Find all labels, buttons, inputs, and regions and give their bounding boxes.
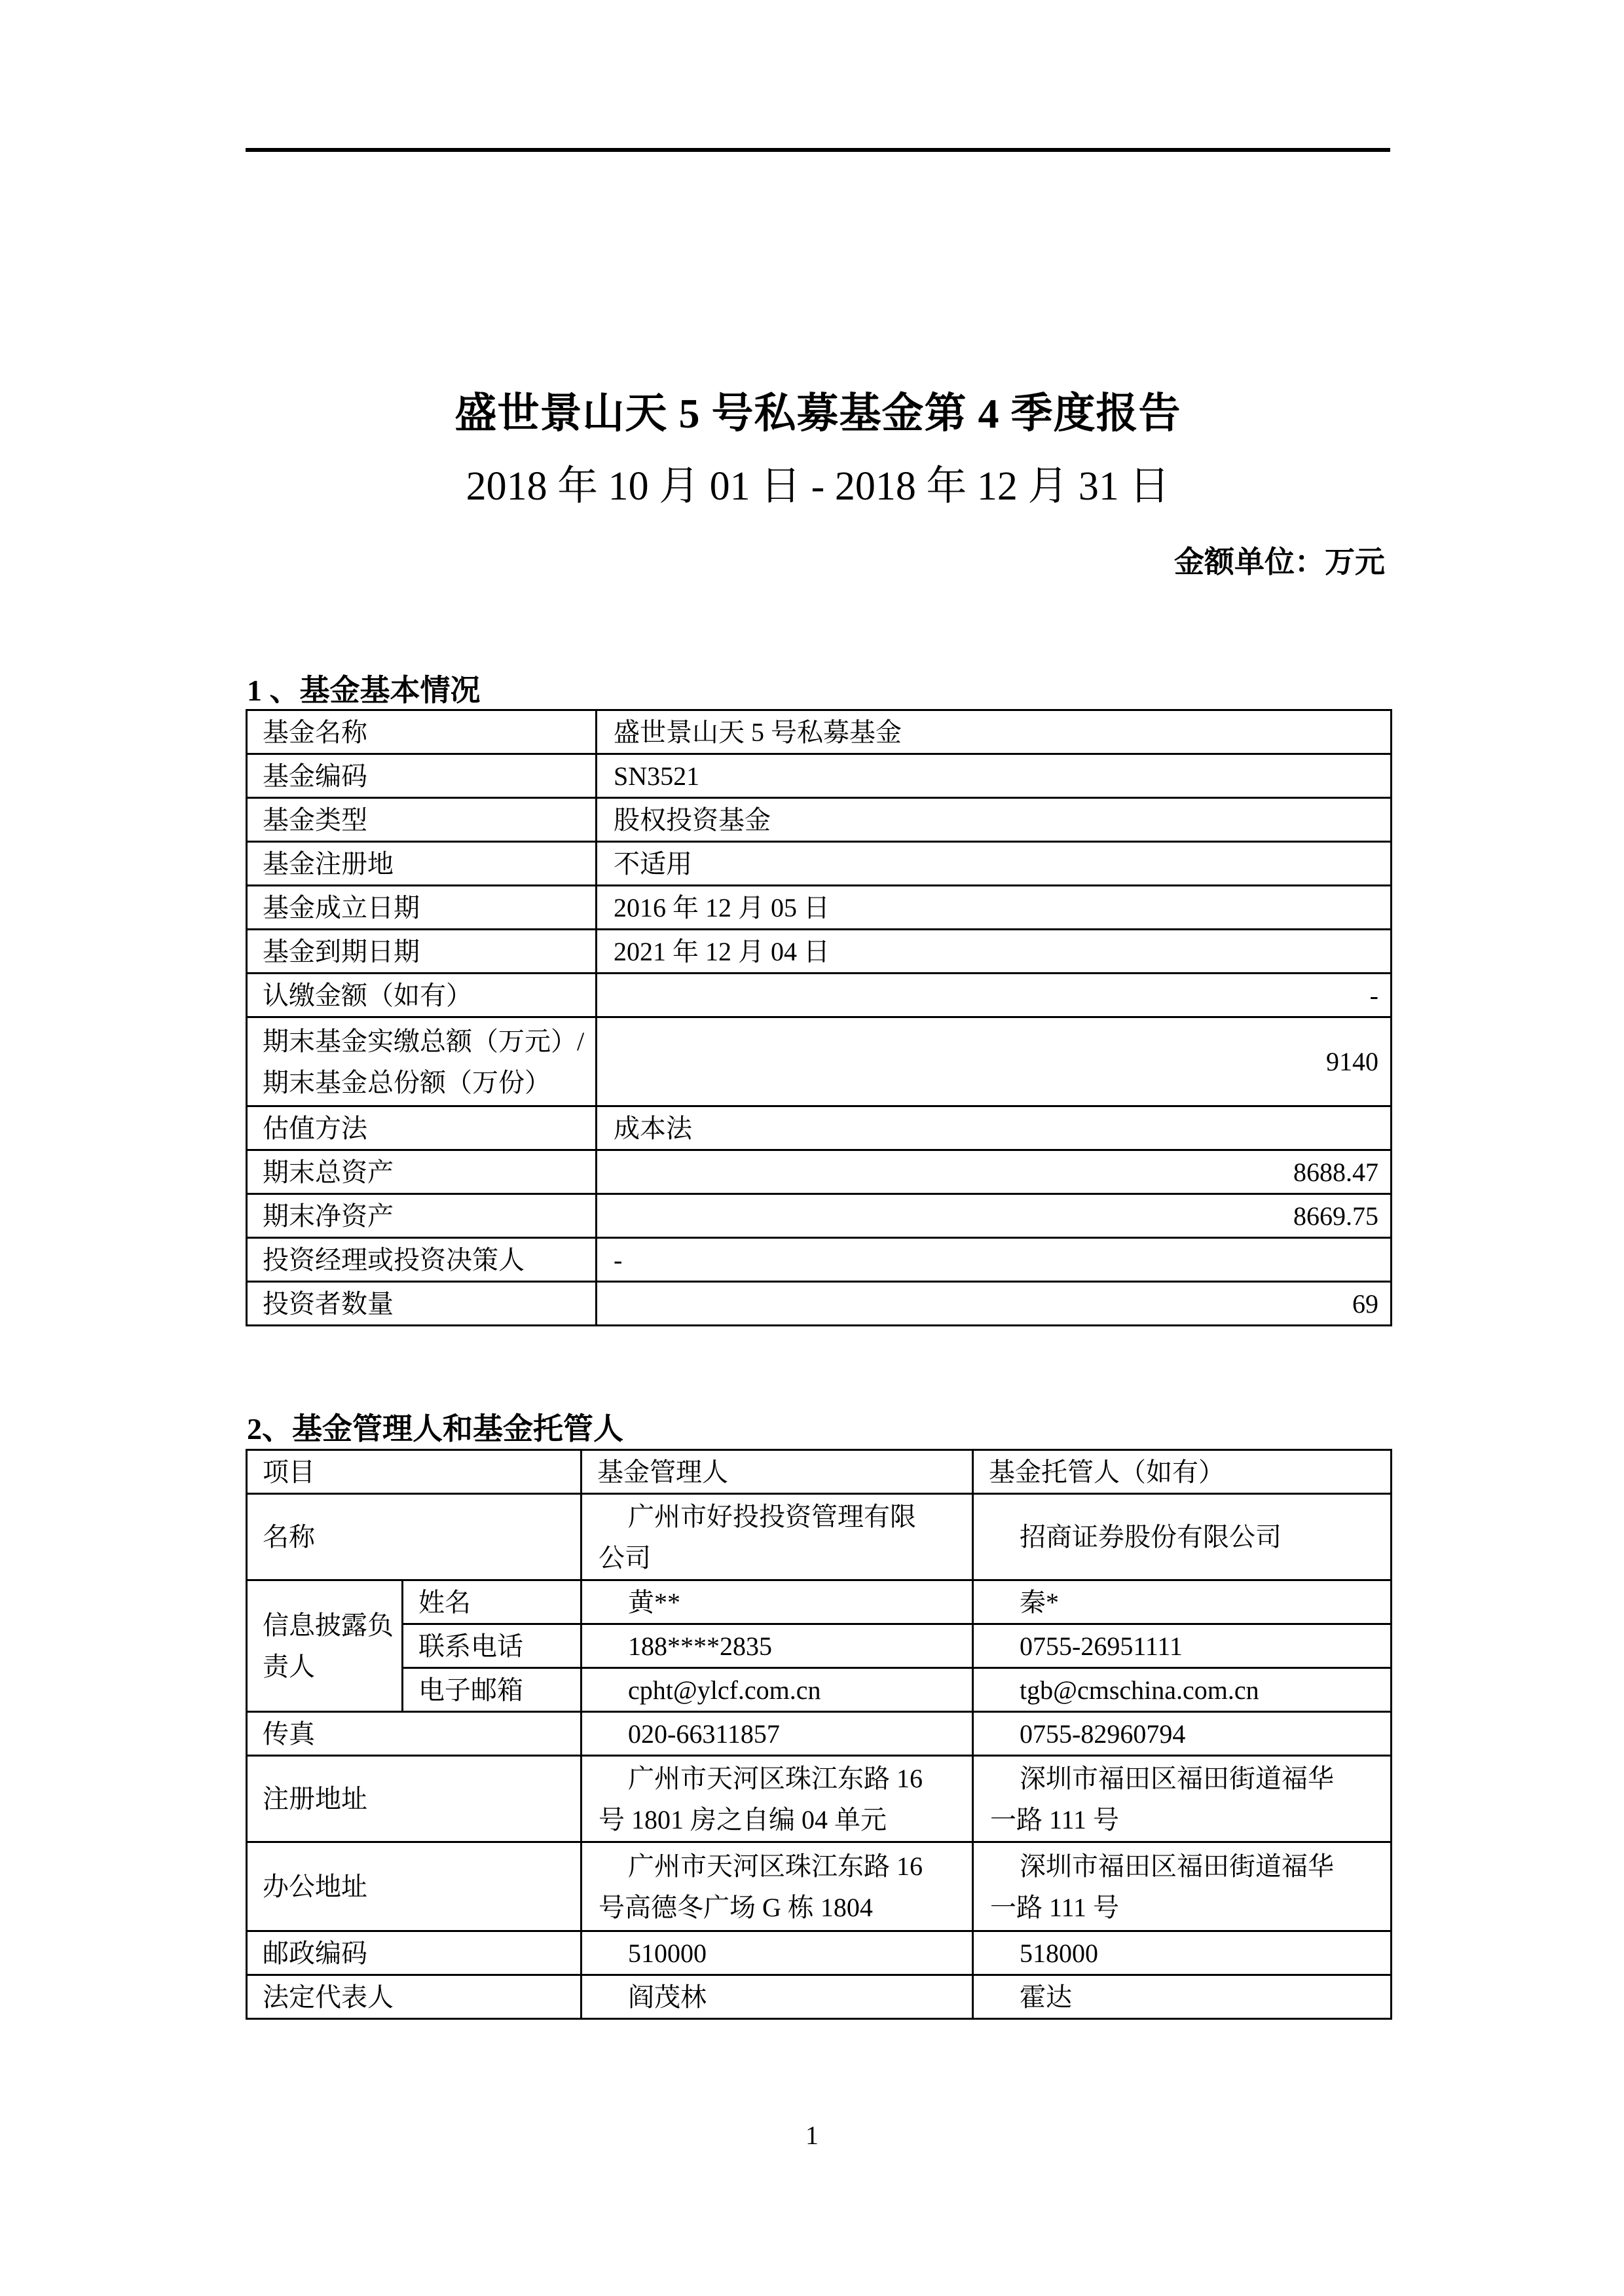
header-rule <box>246 148 1390 152</box>
custodian-contact-name: 秦* <box>973 1580 1392 1624</box>
row-value: 盛世景山天 5 号私募基金 <box>597 710 1392 754</box>
column-header-item: 项目 <box>247 1450 581 1494</box>
row-label: 邮政编码 <box>247 1931 581 1975</box>
page-title: 盛世景山天 5 号私募基金第 4 季度报告 <box>246 380 1390 440</box>
table-row: 联系电话 188****2835 0755-26951111 <box>247 1624 1392 1668</box>
sub-row-label: 姓名 <box>403 1580 581 1624</box>
manager-legal-representative: 阎茂林 <box>581 1975 973 2019</box>
table-row: 基金到期日期 2021 年 12 月 04 日 <box>247 930 1392 974</box>
row-label: 基金类型 <box>247 798 597 842</box>
manager-contact-name: 黄** <box>581 1580 973 1624</box>
row-value: - <box>597 1238 1392 1282</box>
table-row: 基金名称 盛世景山天 5 号私募基金 <box>247 710 1392 754</box>
row-value: 9140 <box>597 1017 1392 1106</box>
table-row: 基金类型 股权投资基金 <box>247 798 1392 842</box>
report-page: 盛世景山天 5 号私募基金第 4 季度报告 2018 年 10 月 01 日 -… <box>0 0 1624 2296</box>
custodian-postal-code: 518000 <box>973 1931 1392 1975</box>
row-value: 8669.75 <box>597 1194 1392 1238</box>
page-number: 1 <box>0 2120 1624 2151</box>
row-label: 基金名称 <box>247 710 597 754</box>
table-row: 法定代表人 阎茂林 霍达 <box>247 1975 1392 2019</box>
row-label: 基金到期日期 <box>247 930 597 974</box>
row-label: 认缴金额（如有） <box>247 974 597 1017</box>
table-row: 投资者数量 69 <box>247 1282 1392 1326</box>
row-value: 8688.47 <box>597 1150 1392 1194</box>
custodian-registered-address: 深圳市福田区福田街道福华一路 111 号 <box>973 1756 1392 1842</box>
table-row: 期末总资产 8688.47 <box>247 1150 1392 1194</box>
row-value: 股权投资基金 <box>597 798 1392 842</box>
row-label: 期末总资产 <box>247 1150 597 1194</box>
table-row: 邮政编码 510000 518000 <box>247 1931 1392 1975</box>
manager-fax: 020-66311857 <box>581 1712 973 1756</box>
custodian-office-address: 深圳市福田区福田街道福华一路 111 号 <box>973 1842 1392 1931</box>
manager-email: cpht@ylcf.com.cn <box>581 1668 973 1712</box>
manager-name: 广州市好投投资管理有限公司 <box>581 1494 973 1580</box>
table-row: 传真 020-66311857 0755-82960794 <box>247 1712 1392 1756</box>
column-header-custodian: 基金托管人（如有） <box>973 1450 1392 1494</box>
row-label: 注册地址 <box>247 1756 581 1842</box>
table-row: 认缴金额（如有） - <box>247 974 1392 1017</box>
row-label: 法定代表人 <box>247 1975 581 2019</box>
table-row: 基金成立日期 2016 年 12 月 05 日 <box>247 886 1392 930</box>
section2-heading: 2、基金管理人和基金托管人 <box>247 1405 623 1448</box>
row-label: 投资者数量 <box>247 1282 597 1326</box>
table-row: 注册地址 广州市天河区珠江东路 16 号 1801 房之自编 04 单元 深圳市… <box>247 1756 1392 1842</box>
row-label: 名称 <box>247 1494 581 1580</box>
row-value: 69 <box>597 1282 1392 1326</box>
row-label: 投资经理或投资决策人 <box>247 1238 597 1282</box>
table-row: 电子邮箱 cpht@ylcf.com.cn tgb@cmschina.com.c… <box>247 1668 1392 1712</box>
row-value: - <box>597 974 1392 1017</box>
row-value: 不适用 <box>597 842 1392 886</box>
row-label: 期末净资产 <box>247 1194 597 1238</box>
manager-office-address: 广州市天河区珠江东路 16 号高德冬广场 G 栋 1804 <box>581 1842 973 1931</box>
table-row: 期末基金实缴总额（万元）/期末基金总份额（万份） 9140 <box>247 1017 1392 1106</box>
row-value: 2021 年 12 月 04 日 <box>597 930 1392 974</box>
row-value: 成本法 <box>597 1106 1392 1150</box>
row-label: 传真 <box>247 1712 581 1756</box>
sub-row-label: 电子邮箱 <box>403 1668 581 1712</box>
custodian-email: tgb@cmschina.com.cn <box>973 1668 1392 1712</box>
column-header-manager: 基金管理人 <box>581 1450 973 1494</box>
table-row: 投资经理或投资决策人 - <box>247 1238 1392 1282</box>
fund-basic-info-table: 基金名称 盛世景山天 5 号私募基金 基金编码 SN3521 基金类型 股权投资… <box>246 709 1392 1326</box>
section1-heading: 1 、基金基本情况 <box>247 666 481 710</box>
row-label: 估值方法 <box>247 1106 597 1150</box>
row-label: 基金编码 <box>247 754 597 798</box>
row-value: SN3521 <box>597 754 1392 798</box>
table-row: 基金编码 SN3521 <box>247 754 1392 798</box>
table-row: 基金注册地 不适用 <box>247 842 1392 886</box>
table-header-row: 项目 基金管理人 基金托管人（如有） <box>247 1450 1392 1494</box>
custodian-phone: 0755-26951111 <box>973 1624 1392 1668</box>
manager-phone: 188****2835 <box>581 1624 973 1668</box>
row-label: 期末基金实缴总额（万元）/期末基金总份额（万份） <box>247 1017 597 1106</box>
custodian-name: 招商证券股份有限公司 <box>973 1494 1392 1580</box>
table-row: 估值方法 成本法 <box>247 1106 1392 1150</box>
table-row: 期末净资产 8669.75 <box>247 1194 1392 1238</box>
row-label: 基金成立日期 <box>247 886 597 930</box>
table-row: 办公地址 广州市天河区珠江东路 16 号高德冬广场 G 栋 1804 深圳市福田… <box>247 1842 1392 1931</box>
row-label: 办公地址 <box>247 1842 581 1931</box>
report-date-range: 2018 年 10 月 01 日 - 2018 年 12 月 31 日 <box>246 453 1390 511</box>
custodian-fax: 0755-82960794 <box>973 1712 1392 1756</box>
custodian-legal-representative: 霍达 <box>973 1975 1392 2019</box>
table-row: 名称 广州市好投投资管理有限公司 招商证券股份有限公司 <box>247 1494 1392 1580</box>
manager-custodian-table: 项目 基金管理人 基金托管人（如有） 名称 广州市好投投资管理有限公司 招商证券… <box>246 1449 1392 2020</box>
manager-registered-address: 广州市天河区珠江东路 16 号 1801 房之自编 04 单元 <box>581 1756 973 1842</box>
manager-postal-code: 510000 <box>581 1931 973 1975</box>
row-label: 基金注册地 <box>247 842 597 886</box>
row-value: 2016 年 12 月 05 日 <box>597 886 1392 930</box>
table-row: 信息披露负责人 姓名 黄** 秦* <box>247 1580 1392 1624</box>
sub-row-label: 联系电话 <box>403 1624 581 1668</box>
disclosure-officer-label: 信息披露负责人 <box>247 1580 403 1712</box>
amount-unit-note: 金额单位：万元 <box>246 538 1385 581</box>
